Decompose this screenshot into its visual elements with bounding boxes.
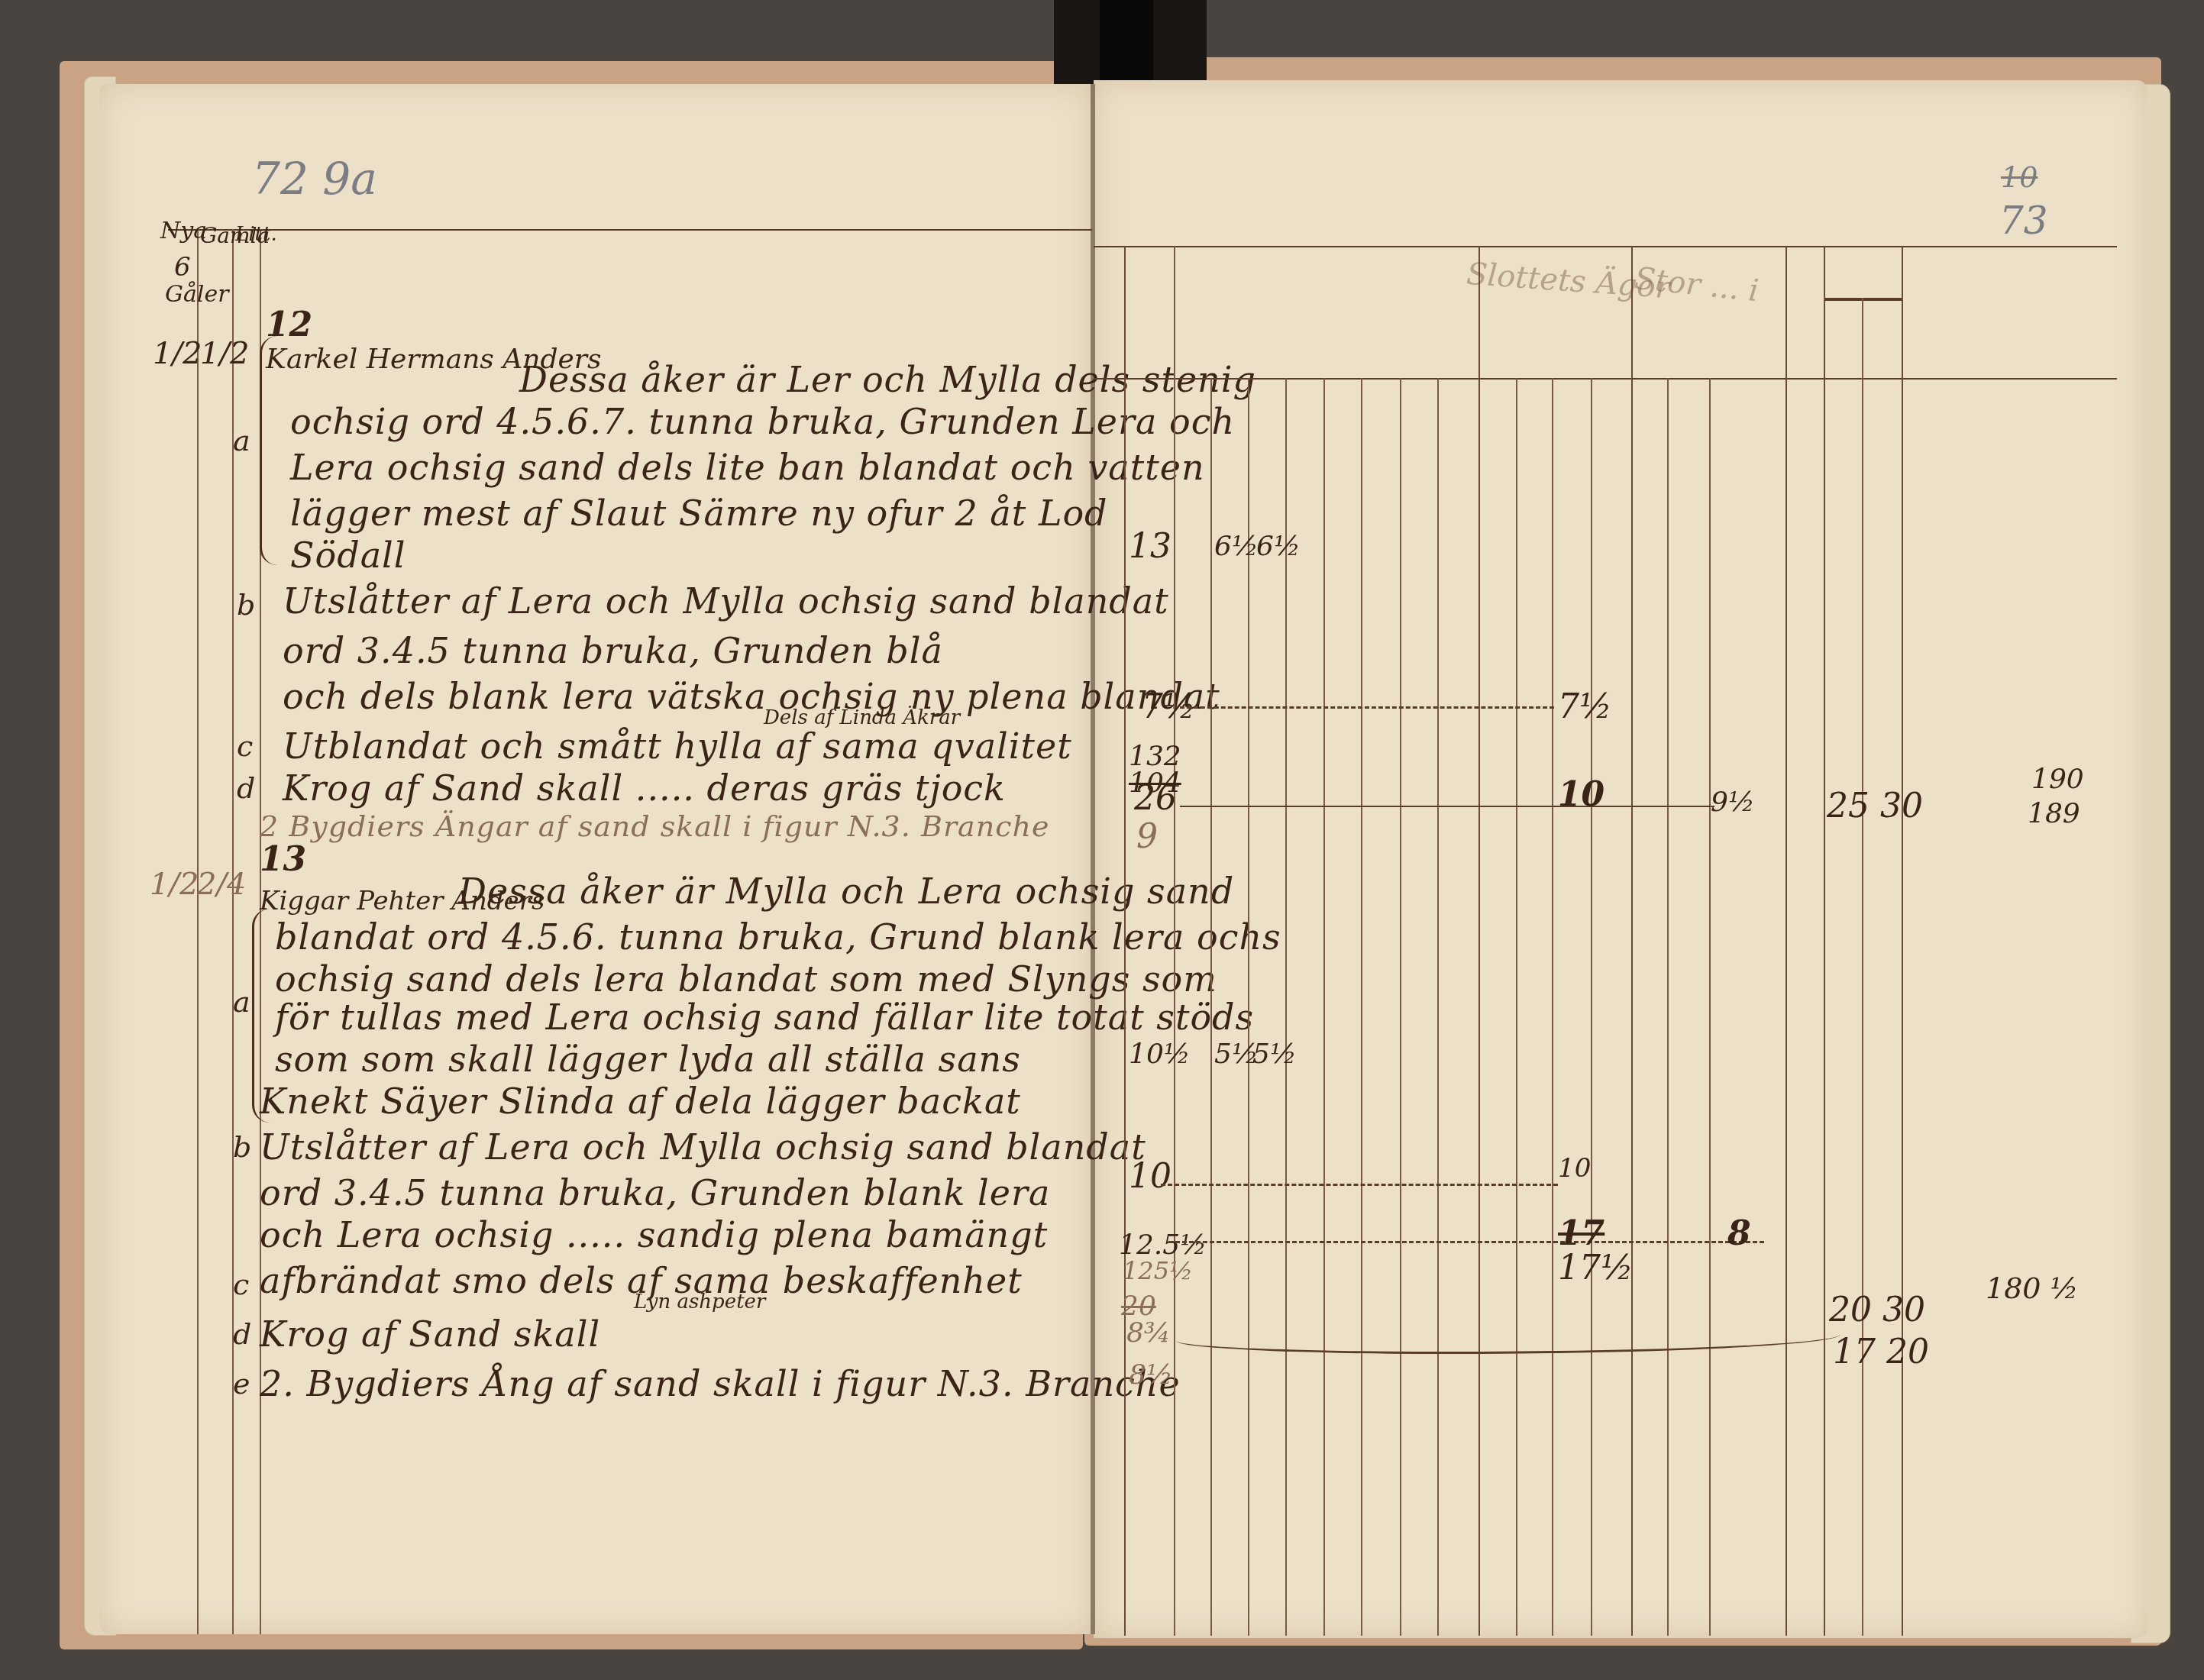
fraction-nya: 1/2 (153, 336, 202, 371)
fraction-gamla: 1/2 (200, 336, 249, 371)
margin-value: 190 (2031, 764, 2084, 795)
fraction-nya: 1/2 (150, 867, 199, 902)
ditto-dashes (1168, 1241, 1764, 1243)
entry-line: som som skall lägger lyda all ställa san… (275, 1039, 1021, 1080)
value-far: 7½ (1558, 687, 1612, 726)
value-col3: 6½ (1256, 531, 1301, 562)
short-rule (1825, 298, 1902, 301)
value-mid2: 8 (1727, 1214, 1751, 1253)
value-col1: 9 (1136, 817, 1158, 856)
value-total: 25 30 (1827, 787, 1923, 825)
entry-number: 13 (260, 840, 306, 879)
entry-line: Krog af Sand skall (260, 1313, 600, 1355)
right-page (1094, 80, 2147, 1638)
pencil-folio-right: 73 (1999, 199, 2048, 243)
column-rule (1478, 246, 1480, 1636)
item-letter: b (237, 588, 255, 622)
entry-line: lägger mest af Slaut Sämre ny ofur 2 åt … (290, 493, 1108, 534)
header-sub-6: 6 (174, 252, 191, 283)
column-rule (1591, 378, 1592, 1636)
sum-line (1180, 806, 1714, 807)
column-rule (1902, 246, 1903, 1636)
item-letter: a (233, 985, 250, 1019)
column-rule (1323, 378, 1325, 1636)
header-sub-galer: Gåler (165, 281, 229, 308)
value-col1: 10½ (1129, 1039, 1191, 1070)
entry-line: och Lera ochsig ..... sandig plena bamän… (260, 1214, 1048, 1255)
value-mid: 10 (1558, 1153, 1591, 1184)
value-total: 20 30 (1829, 1291, 1925, 1329)
column-rule (1210, 378, 1212, 1636)
entry-line: Krog af Sand skall ..... deras gräs tjoc… (283, 767, 1006, 809)
item-letter: e (233, 1367, 250, 1401)
value-mid: 17 (1558, 1214, 1605, 1253)
column-rule (1631, 246, 1633, 1636)
column-rule (1667, 378, 1669, 1636)
entry-line: Utslåtter af Lera och Mylla ochsig sand … (260, 1126, 1146, 1168)
subheader-rule-right (1094, 378, 2117, 380)
pencil-folio-struck: 10 (2001, 160, 2038, 194)
header-rule-right (1094, 246, 2117, 247)
column-rule (1824, 246, 1825, 1636)
entry-line: Dessa åker är Ler och Mylla dels stenig (519, 359, 1256, 400)
column-rule (1516, 378, 1517, 1636)
column-rule (1248, 378, 1249, 1636)
entry-line: ochsig sand dels lera blandat som med Sl… (275, 958, 1217, 1000)
entry-line: Södall (290, 535, 406, 576)
value-col1: 10 (1129, 1157, 1171, 1196)
value-total: 17 20 (1833, 1333, 1929, 1371)
value-mid-alt: 17½ (1558, 1249, 1634, 1287)
column-rule (1400, 378, 1401, 1636)
entry-line: Utblandat och smått hylla af sama qvalit… (283, 725, 1072, 767)
entry-line: blandat ord 4.5.6. tunna bruka, Grund bl… (275, 916, 1281, 958)
value-col1: 8½ (1129, 1359, 1173, 1391)
value-col1-alt: 8¾ (1126, 1317, 1171, 1349)
item-letter: d (233, 1317, 251, 1351)
entry-line: 2. Bygdiers Ång af sand skall i figur N.… (260, 1363, 1181, 1404)
value-col3: 5½ (1252, 1039, 1297, 1070)
column-rule (1124, 246, 1126, 1636)
entry-line: Lera ochsig sand dels lite ban blandat o… (290, 447, 1205, 488)
column-rule (1174, 246, 1175, 1636)
entry-line: för tullas med Lera ochsig sand fällar l… (275, 997, 1254, 1038)
column-rule (1709, 378, 1711, 1636)
value-col2: 6½ (1214, 531, 1259, 562)
entry-line: ord 3.4.5 tunna bruka, Grunden blank ler… (260, 1172, 1050, 1213)
value-mid2: 9½ (1711, 787, 1755, 818)
entry-line: Utslåtter af Lera och Mylla ochsig sand … (283, 580, 1169, 622)
header-litt: Litt. (235, 223, 277, 246)
entry-line: 2 Bygdiers Ängar af sand skall i figur N… (260, 809, 1049, 843)
column-rule (1361, 378, 1362, 1636)
column-rule (1785, 246, 1787, 1636)
column-rule (197, 229, 199, 1634)
column-rule (1437, 378, 1439, 1636)
item-letter: b (233, 1130, 251, 1164)
fraction-gamla: 2/4 (197, 867, 246, 902)
value-col1-alt: 125½ (1123, 1256, 1193, 1285)
column-rule (1285, 378, 1287, 1636)
entry-line: och dels blank lera vätska ochsig ny ple… (283, 676, 1220, 717)
item-letter: c (237, 729, 253, 763)
margin-value: 189 (2028, 798, 2080, 829)
value-col1: 26 (1134, 779, 1177, 818)
value-mid: 10 (1558, 775, 1605, 814)
pencil-folio-left: 72 9a (252, 153, 377, 205)
item-letter: d (237, 771, 255, 805)
margin-value: 180 ½ (1986, 1271, 2078, 1305)
entry-line: Knekt Säyer Slinda af dela lägger backat (260, 1081, 1021, 1122)
interlinear-note: Lyn ashpeter (634, 1291, 765, 1313)
entry-line: Dessa åker är Mylla och Lera ochsig sand (458, 871, 1234, 912)
value-col1: 13 (1129, 527, 1171, 566)
ditto-dashes (1161, 1184, 1558, 1186)
column-rule (1862, 298, 1863, 1636)
entry-line: ochsig ord 4.5.6.7. tunna bruka, Grunden… (290, 401, 1235, 442)
item-letter: a (233, 424, 250, 457)
entry-brace (260, 336, 277, 565)
item-letter: c (233, 1268, 249, 1301)
header-rule-left (168, 229, 1092, 231)
column-rule (1552, 378, 1553, 1636)
entry-line: ord 3.4.5 tunna bruka, Grunden blå (283, 630, 943, 671)
ditto-dashes (1180, 706, 1554, 709)
